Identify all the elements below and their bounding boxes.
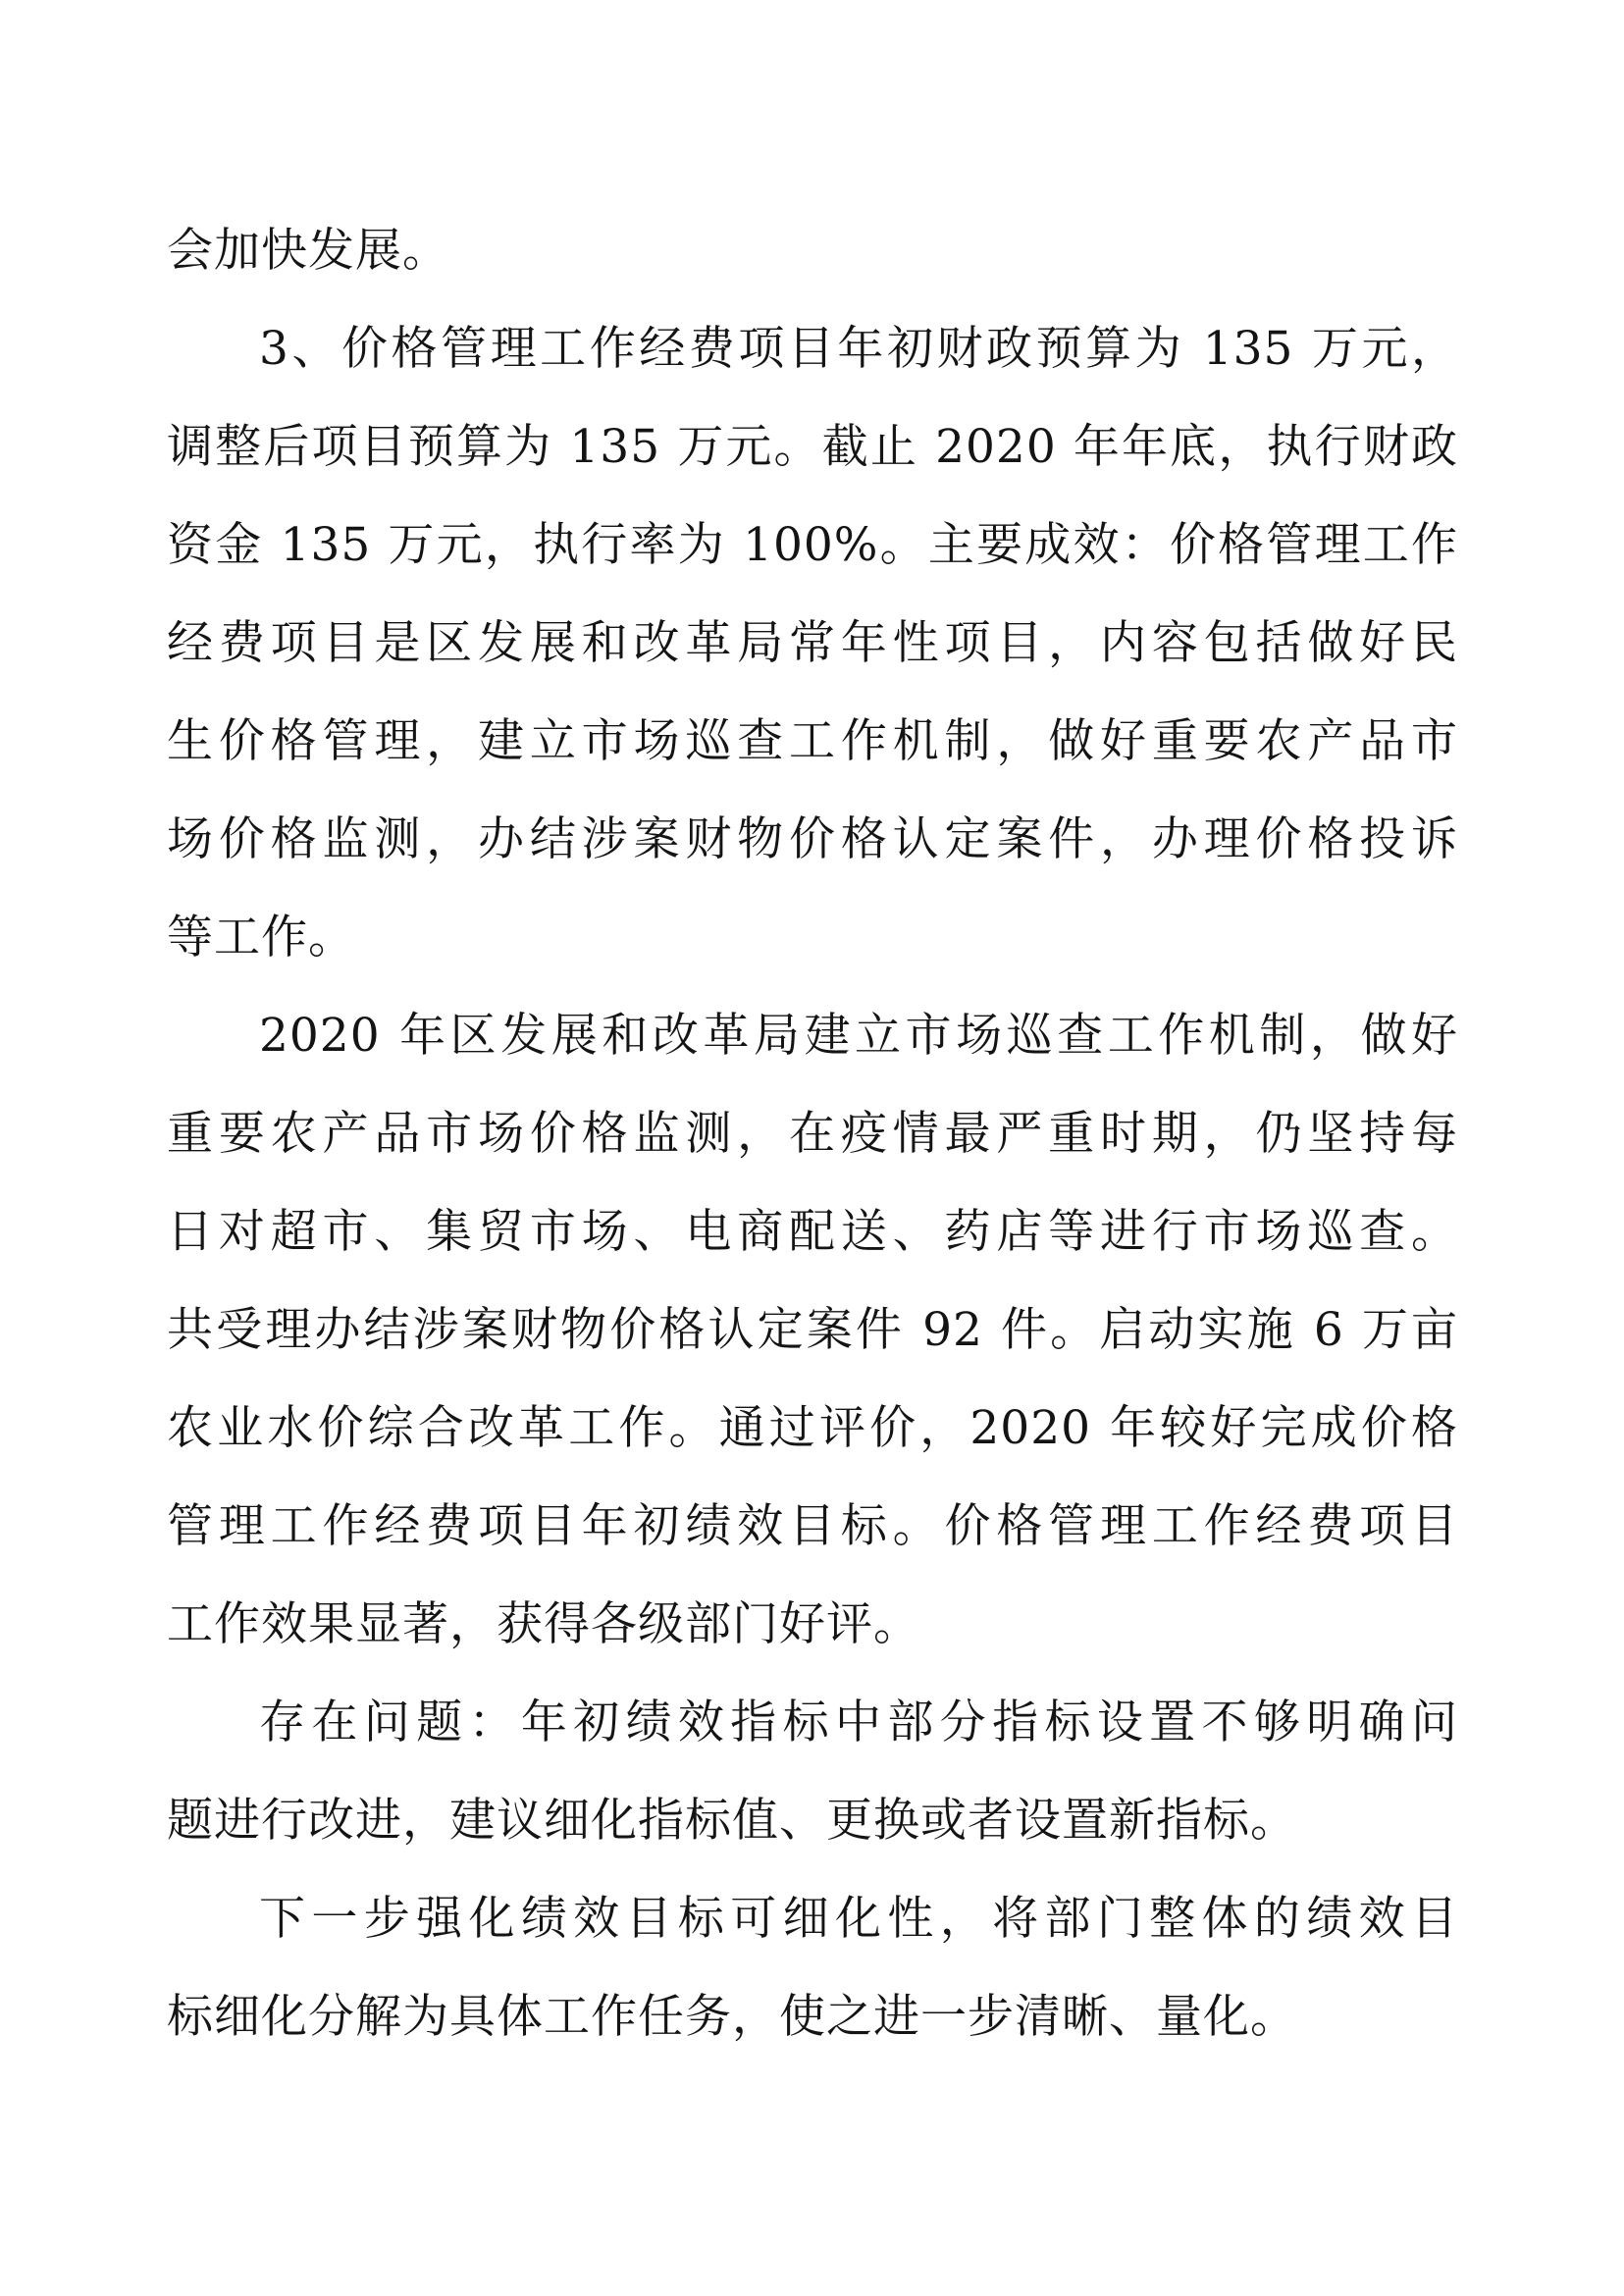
- text-line: 标细化分解为具体工作任务，使之进一步清晰、量化。: [167, 1968, 1458, 2066]
- text-line: 共受理办结涉案财物价格认定案件 92 件。启动实施 6 万亩: [167, 1281, 1458, 1380]
- text-line: 工作效果显著，获得各级部门好评。: [167, 1576, 1458, 1674]
- text-line: 调整后项目预算为 135 万元。截止 2020 年年底，执行财政: [167, 398, 1458, 496]
- text-line: 日对超市、集贸市场、电商配送、药店等进行市场巡查。: [167, 1183, 1458, 1281]
- text-line: 下一步强化绩效目标可细化性，将部门整体的绩效目: [167, 1870, 1458, 1968]
- document-page: 会加快发展。3、价格管理工作经费项目年初财政预算为 135 万元，调整后项目预算…: [0, 0, 1624, 2296]
- text-line: 经费项目是区发展和改革局常年性项目，内容包括做好民: [167, 595, 1458, 693]
- paragraph-previous-continuation: 会加快发展。: [167, 202, 1458, 300]
- text-line: 题进行改进，建议细化指标值、更换或者设置新指标。: [167, 1772, 1458, 1870]
- paragraph-2020-achievements: 2020 年区发展和改革局建立市场巡查工作机制，做好重要农产品市场价格监测，在疫…: [167, 987, 1458, 1674]
- text-line: 管理工作经费项目年初绩效目标。价格管理工作经费项目: [167, 1478, 1458, 1576]
- text-line: 生价格管理，建立市场巡查工作机制，做好重要农产品市: [167, 693, 1458, 791]
- text-line: 3、价格管理工作经费项目年初财政预算为 135 万元，: [167, 300, 1458, 398]
- text-line: 重要农产品市场价格监测，在疫情最严重时期，仍坚持每: [167, 1085, 1458, 1183]
- text-line: 资金 135 万元，执行率为 100%。主要成效：价格管理工作: [167, 496, 1458, 595]
- text-line: 等工作。: [167, 889, 1458, 987]
- paragraph-next-steps: 下一步强化绩效目标可细化性，将部门整体的绩效目标细化分解为具体工作任务，使之进一…: [167, 1870, 1458, 2066]
- text-line: 2020 年区发展和改革局建立市场巡查工作机制，做好: [167, 987, 1458, 1085]
- text-line: 农业水价综合改革工作。通过评价，2020 年较好完成价格: [167, 1380, 1458, 1478]
- text-line: 存在问题：年初绩效指标中部分指标设置不够明确问: [167, 1674, 1458, 1772]
- paragraph-item3-price-management-budget: 3、价格管理工作经费项目年初财政预算为 135 万元，调整后项目预算为 135 …: [167, 300, 1458, 987]
- document-body: 会加快发展。3、价格管理工作经费项目年初财政预算为 135 万元，调整后项目预算…: [167, 202, 1458, 2066]
- text-line: 会加快发展。: [167, 202, 1458, 300]
- paragraph-existing-problems: 存在问题：年初绩效指标中部分指标设置不够明确问题进行改进，建议细化指标值、更换或…: [167, 1674, 1458, 1870]
- text-line: 场价格监测，办结涉案财物价格认定案件，办理价格投诉: [167, 791, 1458, 889]
